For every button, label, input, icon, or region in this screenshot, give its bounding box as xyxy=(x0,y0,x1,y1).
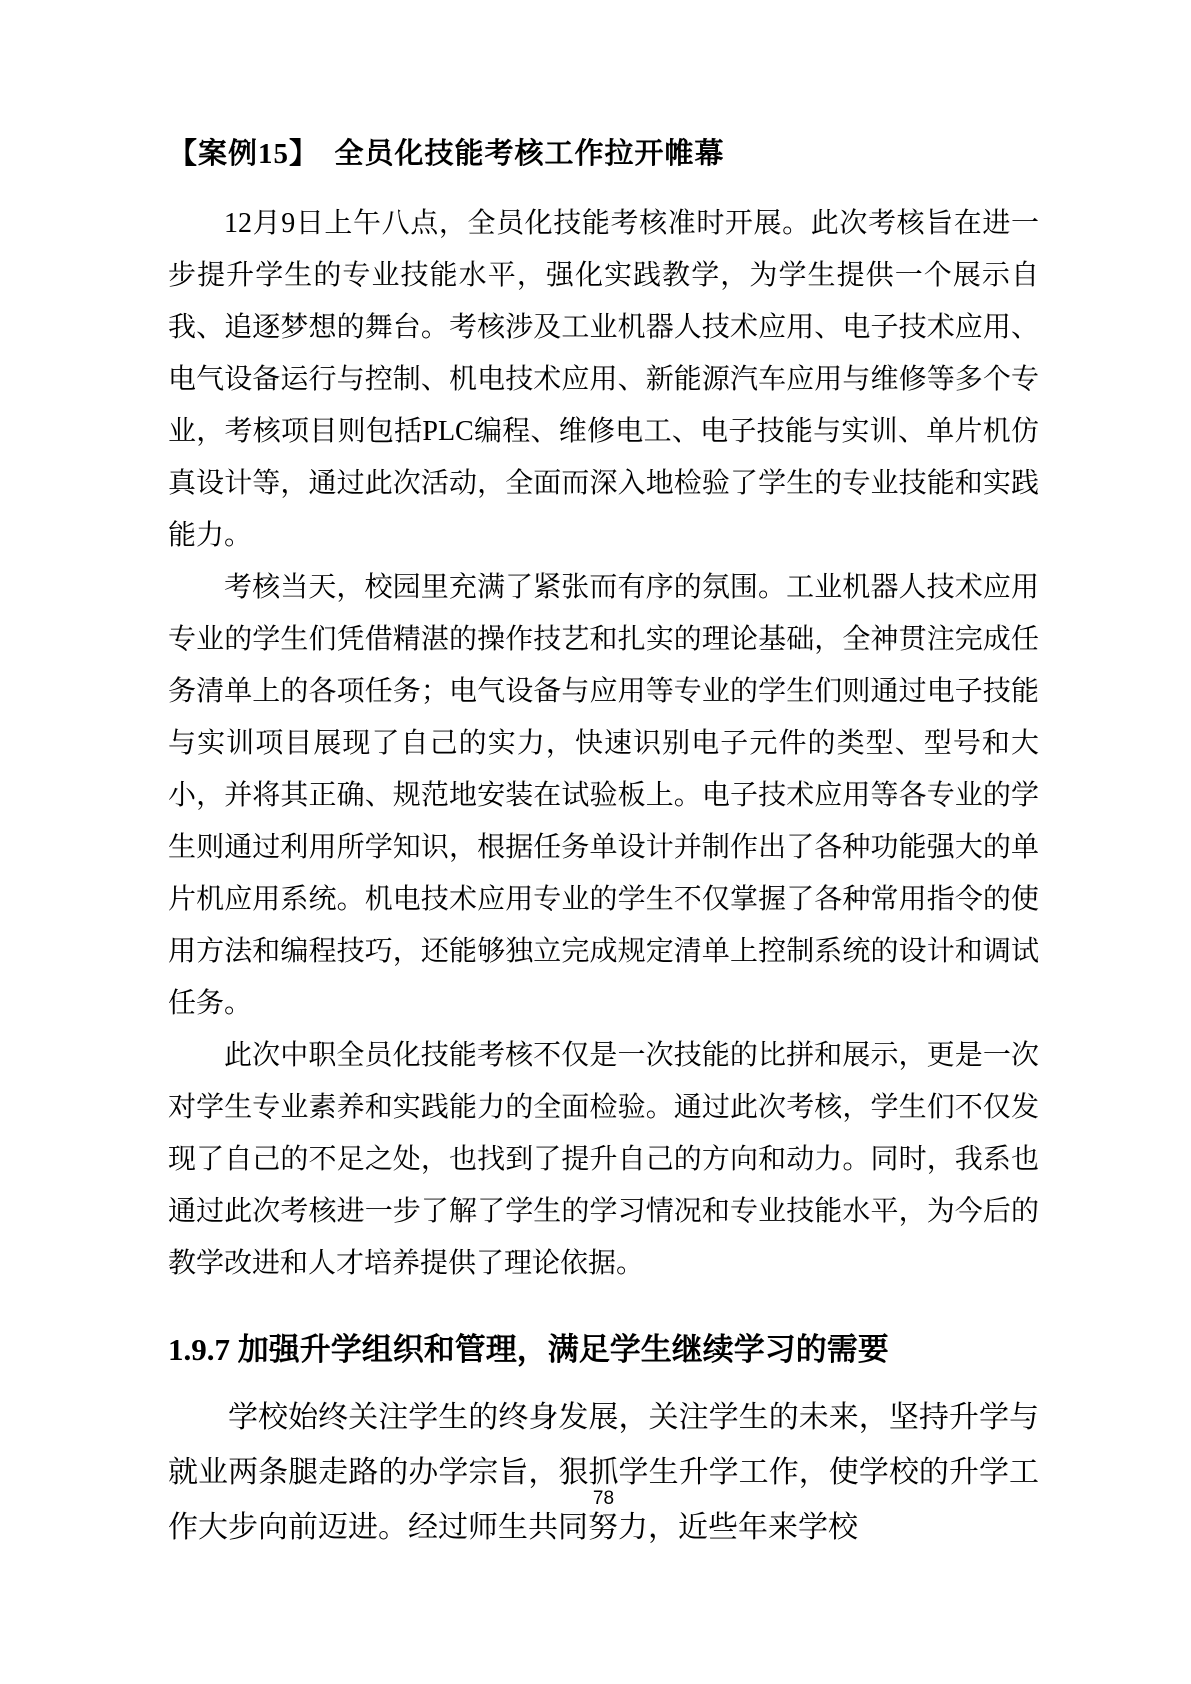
case-title: 【案例15】 全员化技能考核工作拉开帷幕 xyxy=(168,136,1039,172)
paragraph-2: 考核当天，校园里充满了紧张而有序的氛围。工业机器人技术应用专业的学生们凭借精湛的… xyxy=(168,562,1039,1030)
section-heading: 1.9.7 加强升学组织和管理，满足学生继续学习的需要 xyxy=(168,1330,1039,1370)
document-page: 【案例15】 全员化技能考核工作拉开帷幕 12月9日上午八点，全员化技能考核准时… xyxy=(0,0,1191,1684)
paragraph-3: 此次中职全员化技能考核不仅是一次技能的比拼和展示，更是一次对学生专业素养和实践能… xyxy=(168,1030,1039,1290)
section-paragraph-1: 学校始终关注学生的终身发展，关注学生的未来，坚持升学与就业两条腿走路的办学宗旨，… xyxy=(168,1390,1039,1555)
page-number: 78 xyxy=(168,1488,1039,1510)
paragraph-1: 12月9日上午八点，全员化技能考核准时开展。此次考核旨在进一步提升学生的专业技能… xyxy=(168,198,1039,562)
